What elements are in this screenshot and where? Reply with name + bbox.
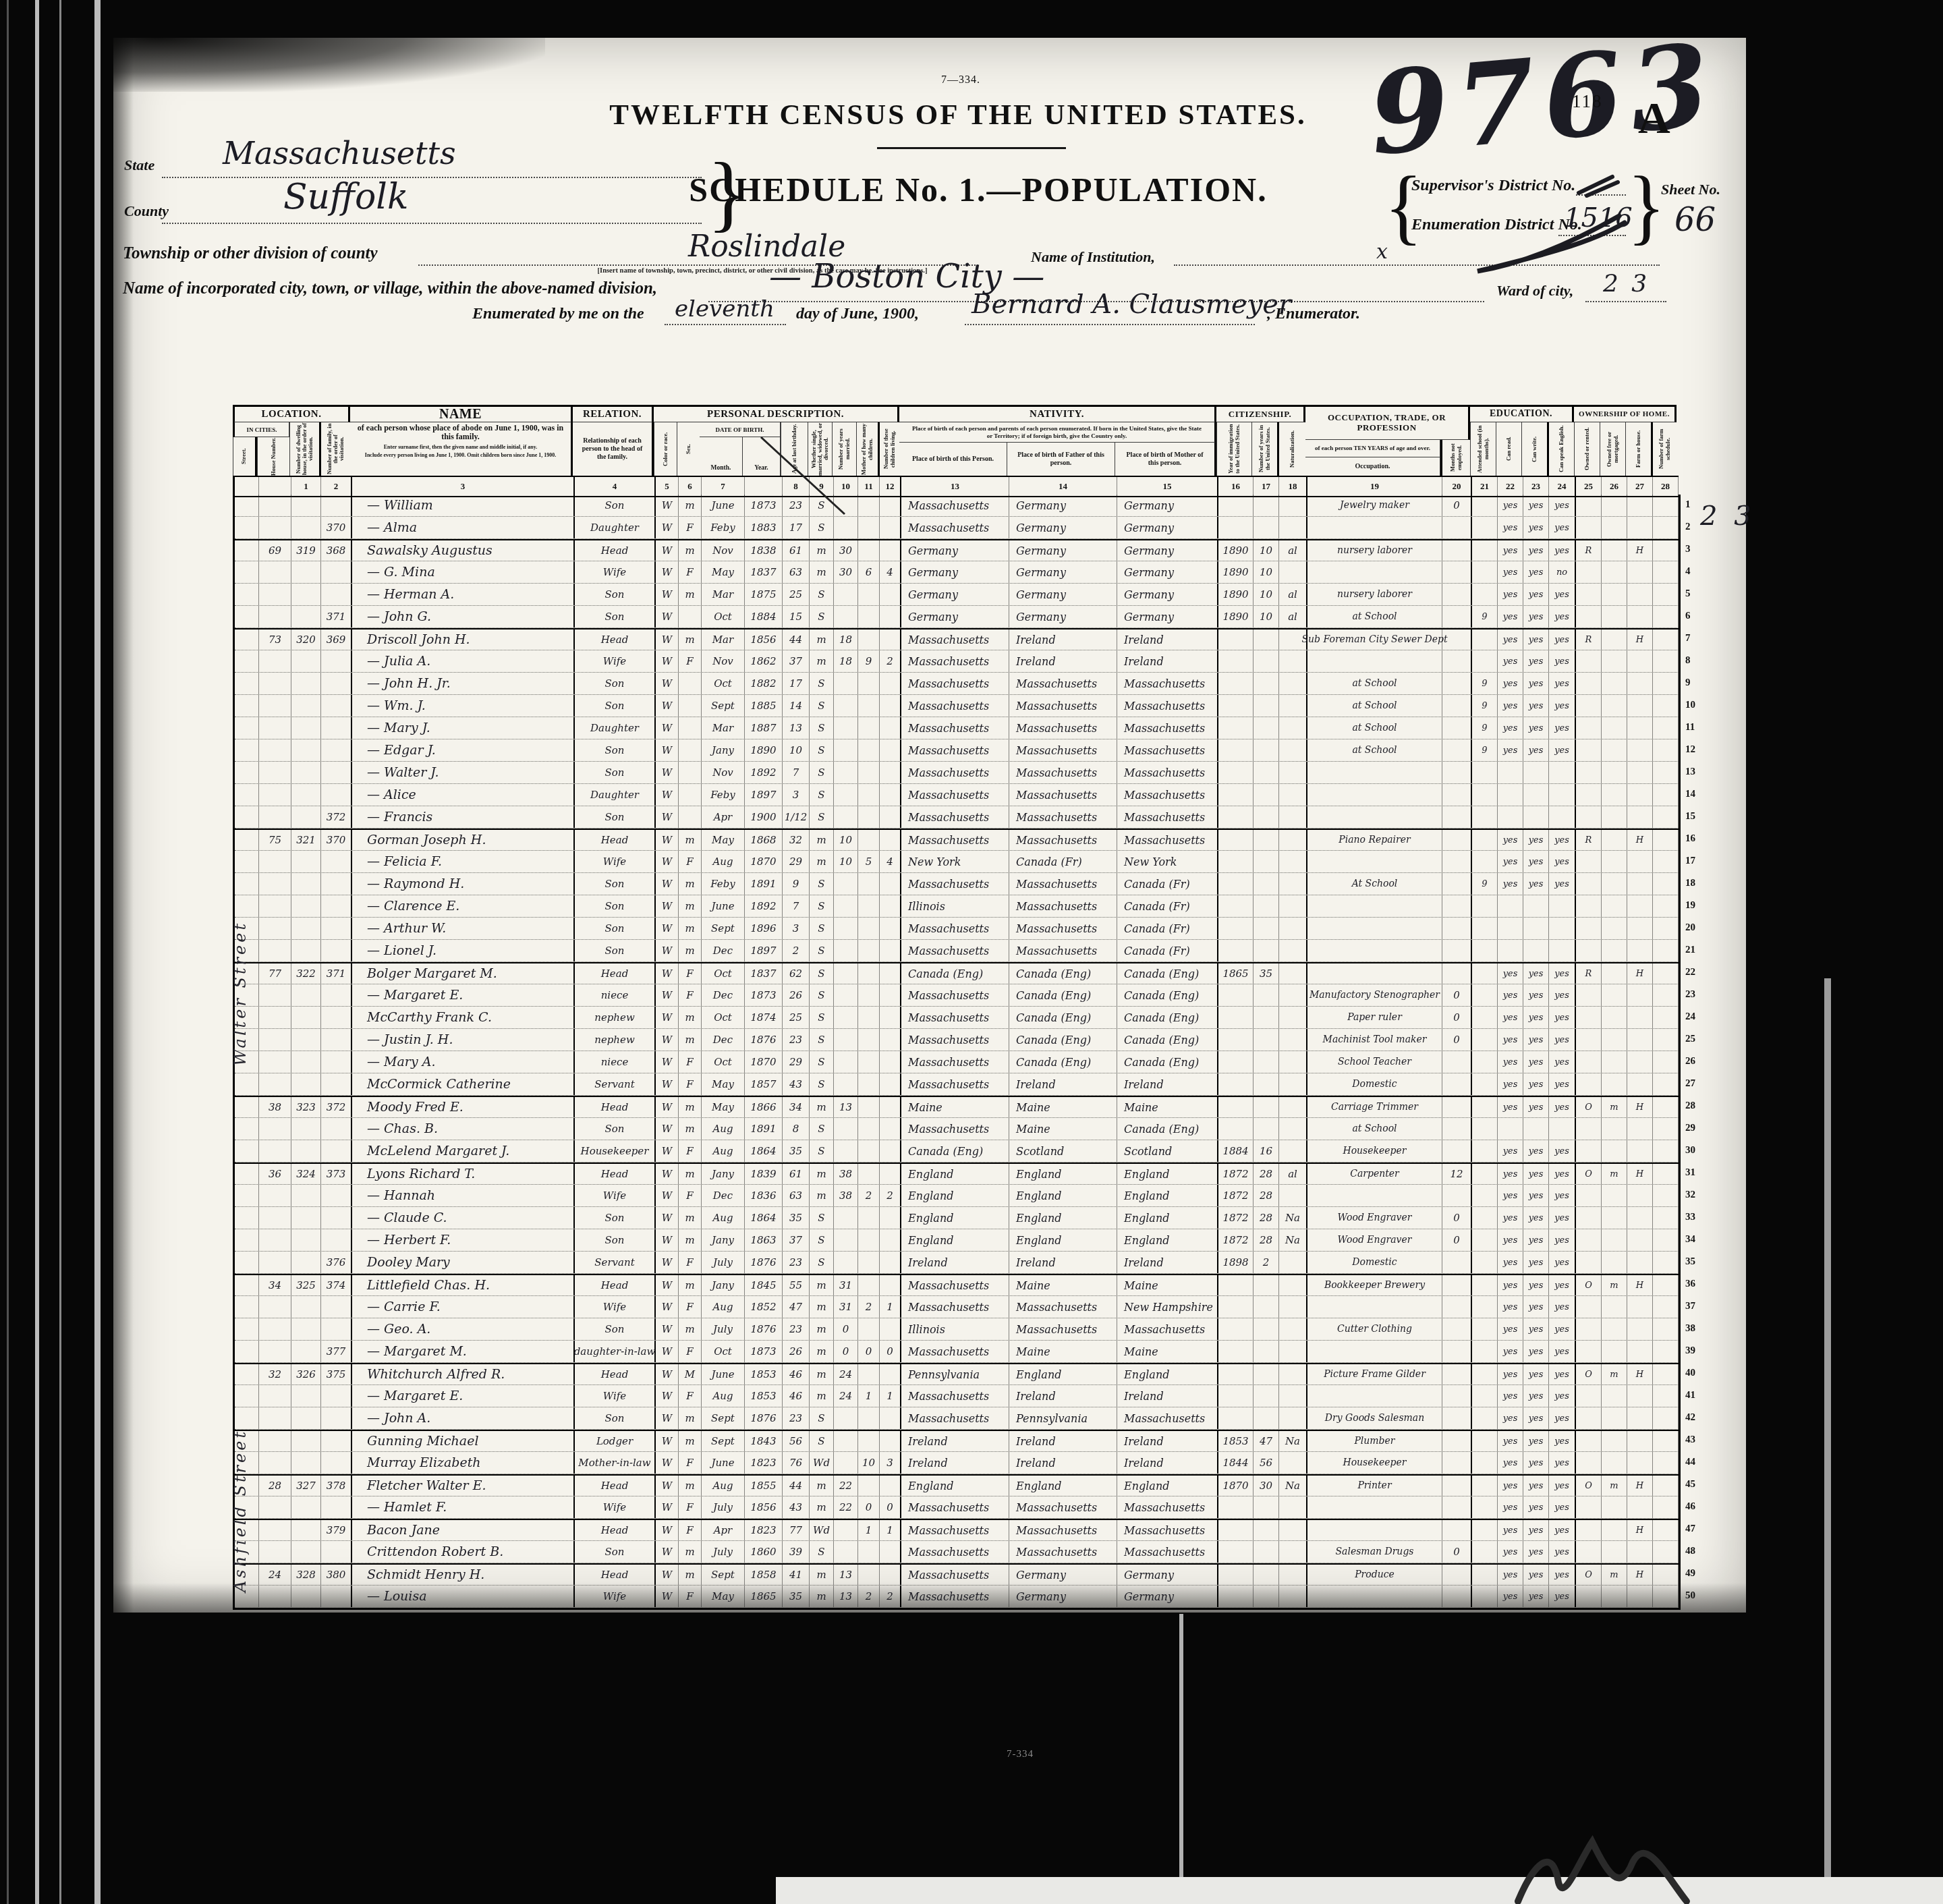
enumerated-mid: day of June, 1900, (796, 305, 919, 323)
cell: 1890 (1218, 584, 1254, 605)
cell (880, 1051, 901, 1073)
cell: R (1576, 629, 1602, 650)
cell (1279, 650, 1307, 672)
cell (1218, 629, 1254, 650)
cell (321, 1185, 352, 1206)
cell (1576, 1541, 1602, 1563)
cell: yes (1549, 717, 1576, 739)
cell (679, 784, 702, 806)
cell (1472, 650, 1498, 672)
table-row: — AliceDaughterWFeby18973SMassachusettsM… (235, 784, 1679, 806)
cell: 47 (783, 1296, 810, 1318)
cell (858, 673, 880, 694)
cell: W (656, 1275, 679, 1295)
cell (1254, 1007, 1279, 1028)
cell: Na (1279, 1476, 1307, 1496)
cell (1602, 1029, 1627, 1051)
cell: 368 (321, 540, 352, 561)
row-number: 16 (1685, 833, 1715, 845)
cell (1442, 1185, 1472, 1206)
cell (1576, 561, 1602, 583)
cell (1576, 1431, 1602, 1451)
cell (1627, 1452, 1653, 1474)
cell (880, 1029, 901, 1051)
cell (1602, 1520, 1627, 1540)
cell: Ireland (901, 1452, 1009, 1474)
cell (235, 1140, 259, 1162)
cell (858, 1565, 880, 1585)
cell (291, 673, 321, 694)
row-number: 40 (1685, 1368, 1715, 1379)
cell: Germany (1009, 540, 1117, 561)
cell (321, 1207, 352, 1229)
cell: Son (575, 1118, 656, 1140)
cell (1472, 806, 1498, 828)
cell (321, 650, 352, 672)
cell: 1838 (745, 540, 783, 561)
cell: H (1627, 629, 1653, 650)
cell (1523, 806, 1549, 828)
cell (880, 1007, 901, 1028)
cell (291, 517, 321, 538)
cell: F (679, 1586, 702, 1607)
cell: 320 (291, 629, 321, 650)
cell (1254, 1318, 1279, 1340)
cell (321, 1318, 352, 1340)
cell (1576, 806, 1602, 828)
cell (1653, 984, 1679, 1006)
row-number: 25 (1685, 1034, 1715, 1045)
head-occupation: Occupation. (1305, 457, 1440, 476)
cell (321, 1586, 352, 1607)
cell: Jany (702, 739, 745, 761)
cell: Canada (Eng) (901, 1140, 1009, 1162)
cell: Aug (702, 851, 745, 872)
table-row: — Justin J. H.nephewWmDec187623SMassachu… (235, 1029, 1679, 1051)
scan-smudge (113, 38, 545, 92)
cell (1279, 1385, 1307, 1407)
row-number: 32 (1685, 1189, 1715, 1201)
head-naturalization: Naturalization. (1277, 422, 1305, 476)
cell (259, 739, 291, 761)
cell (1653, 940, 1679, 961)
table-row: 28327378Fletcher Walter E.HeadWmAug18554… (235, 1474, 1679, 1496)
cell (1254, 830, 1279, 850)
row-number: 33 (1685, 1212, 1715, 1223)
cell: 28 (1254, 1164, 1279, 1184)
cell: Gorman Joseph H. (352, 830, 575, 850)
cell (1218, 1007, 1254, 1028)
cell (1254, 1296, 1279, 1318)
cell: Canada (Eng) (1117, 1051, 1218, 1073)
cell (1627, 606, 1653, 627)
cell: yes (1498, 1520, 1523, 1540)
cell: 9 (858, 650, 880, 672)
cell: Servant (575, 1073, 656, 1095)
cell (1279, 695, 1307, 717)
cell (1472, 1029, 1498, 1051)
cell (291, 784, 321, 806)
cell (259, 1586, 291, 1607)
cell (834, 940, 858, 961)
cell (858, 806, 880, 828)
cell (321, 739, 352, 761)
cell (291, 1296, 321, 1318)
cell (1442, 1586, 1472, 1607)
cell: 1839 (745, 1164, 783, 1184)
cell (880, 806, 901, 828)
cell (321, 1140, 352, 1162)
cell: R (1576, 963, 1602, 984)
cell (1602, 495, 1627, 516)
column-number: 3 (352, 477, 575, 496)
cell: — Felicia F. (352, 851, 575, 872)
cell: 77 (783, 1520, 810, 1540)
cell: 1876 (745, 1029, 783, 1051)
column-number (235, 477, 259, 496)
cell (1549, 1118, 1576, 1140)
cell (291, 1029, 321, 1051)
cell: W (656, 1431, 679, 1451)
head-family-number: Number of family, in the order of visita… (319, 422, 350, 476)
cell: S (810, 1118, 834, 1140)
cell (1442, 963, 1472, 984)
cell: Head (575, 1275, 656, 1295)
column-number: 12 (880, 477, 901, 496)
cell (235, 495, 259, 516)
cell: S (810, 762, 834, 783)
cell: Massachusetts (901, 1007, 1009, 1028)
head-farm-schedule: Number of farm schedule. (1651, 422, 1677, 476)
cell (1279, 1318, 1307, 1340)
cell (1218, 1118, 1254, 1140)
cell (1254, 806, 1279, 828)
cell: Dec (702, 1185, 745, 1206)
cell: England (1009, 1364, 1117, 1384)
row-number: 27 (1685, 1078, 1715, 1090)
cell: yes (1549, 1431, 1576, 1451)
table-row: 77322371Bolger Margaret M.HeadWFOct18376… (235, 962, 1679, 984)
row-number: 15 (1685, 811, 1715, 822)
cell (1602, 851, 1627, 872)
cell: — Chas. B. (352, 1118, 575, 1140)
cell: Son (575, 606, 656, 627)
column-number: 18 (1279, 477, 1307, 496)
cell (1498, 940, 1523, 961)
cell: m (810, 1364, 834, 1384)
cell: 3 (880, 1452, 901, 1474)
cell (259, 606, 291, 627)
cell: School Teacher (1307, 1051, 1442, 1073)
cell: niece (575, 984, 656, 1006)
cell (1442, 1496, 1472, 1518)
cell (1627, 1431, 1653, 1451)
enumeration-district-value: 1516 (1564, 202, 1633, 233)
cell (1254, 984, 1279, 1006)
cell: yes (1498, 561, 1523, 583)
cell (1254, 895, 1279, 917)
head-can-speak-english: Can speak English. (1547, 422, 1574, 476)
cell (321, 1385, 352, 1407)
cell (1279, 1140, 1307, 1162)
head-pob: Place of birth of this Person. (899, 443, 1007, 476)
cell (1472, 1586, 1498, 1607)
cell: Massachusetts (1009, 717, 1117, 739)
cell (1602, 561, 1627, 583)
cell: yes (1549, 1185, 1576, 1206)
cell: 0 (1442, 1541, 1472, 1563)
cell: Canada (Eng) (1009, 1029, 1117, 1051)
cell: Massachusetts (901, 984, 1009, 1006)
cell (1576, 1029, 1602, 1051)
row-number: 46 (1685, 1501, 1715, 1513)
cell: yes (1523, 1407, 1549, 1429)
cell (1472, 1207, 1498, 1229)
film-scratch (35, 0, 39, 1904)
cell: F (679, 561, 702, 583)
row-number: 6 (1685, 611, 1715, 622)
cell: England (1009, 1207, 1117, 1229)
cell: yes (1523, 1364, 1549, 1384)
cell: W (656, 806, 679, 828)
cell (858, 695, 880, 717)
cell: 34 (783, 1097, 810, 1117)
table-row: 34325374Littlefield Chas. H.HeadWmJany18… (235, 1274, 1679, 1296)
cell (1627, 1496, 1653, 1518)
cell: at School (1307, 717, 1442, 739)
cell (834, 739, 858, 761)
enumerator-name: Bernard A. Clausmeyer (971, 289, 1291, 320)
row-number: 4 (1685, 566, 1715, 578)
cell (858, 762, 880, 783)
cell: W (656, 540, 679, 561)
table-row: — WilliamSonWmJune187323SMassachusettsGe… (235, 495, 1679, 517)
cell (1627, 561, 1653, 583)
table-row: 73320369Driscoll John H.HeadWmMar185644m… (235, 628, 1679, 650)
cell (321, 895, 352, 917)
cell (1218, 1541, 1254, 1563)
cell (1653, 606, 1679, 627)
cell: m (810, 1164, 834, 1184)
head-children-living: Number of these children living. (878, 422, 899, 476)
cell: W (656, 851, 679, 872)
cell: S (810, 1229, 834, 1251)
head-immigration-year: Year of immigration to the United States… (1216, 422, 1251, 476)
cell: yes (1498, 1073, 1523, 1095)
cell: Massachusetts (1009, 1541, 1117, 1563)
cell (834, 1140, 858, 1162)
cell (291, 1229, 321, 1251)
cell (1627, 1318, 1653, 1340)
column-number: 9 (810, 477, 834, 496)
cell: Ireland (1117, 1252, 1218, 1273)
cell: yes (1498, 739, 1523, 761)
cell: m (679, 1029, 702, 1051)
cell: 1885 (745, 695, 783, 717)
cell: nursery laborer (1307, 540, 1442, 561)
cell (1254, 1565, 1279, 1585)
cell (1653, 1586, 1679, 1607)
cell: W (656, 873, 679, 895)
cell (1653, 1407, 1679, 1429)
cell (1576, 739, 1602, 761)
cell (291, 984, 321, 1006)
cell: 321 (291, 830, 321, 850)
cell (1442, 606, 1472, 627)
cell: yes (1498, 1407, 1523, 1429)
table-row: — John H. Jr.SonWOct188217SMassachusetts… (235, 673, 1679, 695)
cell (1307, 650, 1442, 672)
cell (1472, 1051, 1498, 1073)
head-pob-father: Place of birth of Father of this person. (1007, 443, 1115, 476)
cell (259, 1385, 291, 1407)
cell: Massachusetts (901, 940, 1009, 961)
cell: yes (1498, 1565, 1523, 1585)
cell: 69 (259, 540, 291, 561)
cell (880, 1140, 901, 1162)
cell: yes (1523, 1586, 1549, 1607)
cell: 61 (783, 1164, 810, 1184)
cell: Apr (702, 806, 745, 828)
cell (1576, 584, 1602, 605)
cell: 1836 (745, 1185, 783, 1206)
cell (291, 739, 321, 761)
cell (1254, 1275, 1279, 1295)
cell: Head (575, 1164, 656, 1184)
group-location: LOCATION. (233, 405, 350, 422)
cell (1498, 784, 1523, 806)
cell: Germany (1117, 561, 1218, 583)
cell: — Lionel J. (352, 940, 575, 961)
cell: Oct (702, 963, 745, 984)
cell: — Hannah (352, 1185, 575, 1206)
cell: yes (1523, 695, 1549, 717)
cell (679, 606, 702, 627)
cell (321, 584, 352, 605)
cell: 2 (858, 1185, 880, 1206)
cell: Nov (702, 650, 745, 672)
cell (1254, 1364, 1279, 1384)
cell: 1823 (745, 1520, 783, 1540)
head-month: Month. (700, 437, 743, 476)
cell (1627, 1207, 1653, 1229)
cell: W (656, 784, 679, 806)
cell: Sept (702, 1431, 745, 1451)
cell (291, 762, 321, 783)
cell (1472, 1364, 1498, 1384)
cell (1549, 784, 1576, 806)
cell (1307, 895, 1442, 917)
cell: at School (1307, 695, 1442, 717)
name-note-3: Include every person living on June 1, 1… (365, 452, 556, 458)
cell: yes (1523, 606, 1549, 627)
cell (834, 1029, 858, 1051)
cell (1576, 1185, 1602, 1206)
column-number: 20 (1442, 477, 1472, 496)
cell (1602, 1431, 1627, 1451)
cell: — Geo. A. (352, 1318, 575, 1340)
row-number: 49 (1685, 1568, 1715, 1579)
cell: 8 (783, 1118, 810, 1140)
cell (1472, 1496, 1498, 1518)
cell: 10 (1254, 561, 1279, 583)
cell (1307, 762, 1442, 783)
cell: Wife (575, 851, 656, 872)
cell (1653, 673, 1679, 694)
cell (1576, 1252, 1602, 1273)
cell (259, 495, 291, 516)
cell (880, 940, 901, 961)
cell: Ireland (901, 1431, 1009, 1451)
cell (259, 1073, 291, 1095)
cell (1307, 784, 1442, 806)
cell (858, 1318, 880, 1340)
cell: Canada (Eng) (1009, 984, 1117, 1006)
cell: McLelend Margaret J. (352, 1140, 575, 1162)
table-row: — G. MinaWifeWFMay183763m3064GermanyGerm… (235, 561, 1679, 584)
cell (1218, 739, 1254, 761)
cell: al (1279, 540, 1307, 561)
cell (259, 1185, 291, 1206)
cell: 35 (783, 1586, 810, 1607)
cell (259, 806, 291, 828)
cell (259, 695, 291, 717)
cell: Scotland (1117, 1140, 1218, 1162)
cell: Ireland (1009, 1452, 1117, 1474)
cell (1442, 1341, 1472, 1362)
cell (1627, 806, 1653, 828)
cell (291, 495, 321, 516)
cell (1472, 1565, 1498, 1585)
cell (1218, 495, 1254, 516)
cell: Germany (1009, 495, 1117, 516)
head-sex: Sex. (677, 422, 700, 476)
cell (1442, 784, 1472, 806)
cell: Massachusetts (1117, 673, 1218, 694)
cell: 1872 (1218, 1185, 1254, 1206)
cell: m (679, 584, 702, 605)
cell (1254, 629, 1279, 650)
cell (1523, 1118, 1549, 1140)
cell: Canada (Eng) (1117, 963, 1218, 984)
cell (291, 1385, 321, 1407)
cell: m (679, 540, 702, 561)
cell (880, 1118, 901, 1140)
table-row: McCormick CatherineServantWFMay185743SMa… (235, 1073, 1679, 1096)
cell: S (810, 717, 834, 739)
cell: 22 (834, 1496, 858, 1518)
cell: W (656, 1296, 679, 1318)
cell (1442, 1140, 1472, 1162)
cell (321, 1051, 352, 1073)
cell: 325 (291, 1275, 321, 1295)
cell: 39 (783, 1541, 810, 1563)
cell (858, 1229, 880, 1251)
cell (834, 1229, 858, 1251)
cell (1627, 851, 1653, 872)
cell (1576, 717, 1602, 739)
cell: yes (1498, 851, 1523, 872)
cell (291, 695, 321, 717)
table-row: — Clarence E.SonWmJune18927SIllinoisMass… (235, 895, 1679, 918)
cell (1602, 963, 1627, 984)
cell: 44 (783, 1476, 810, 1496)
cell (834, 517, 858, 538)
cell: 5 (858, 851, 880, 872)
cell (1472, 1229, 1498, 1251)
cell (321, 717, 352, 739)
row-number: 24 (1685, 1011, 1715, 1023)
